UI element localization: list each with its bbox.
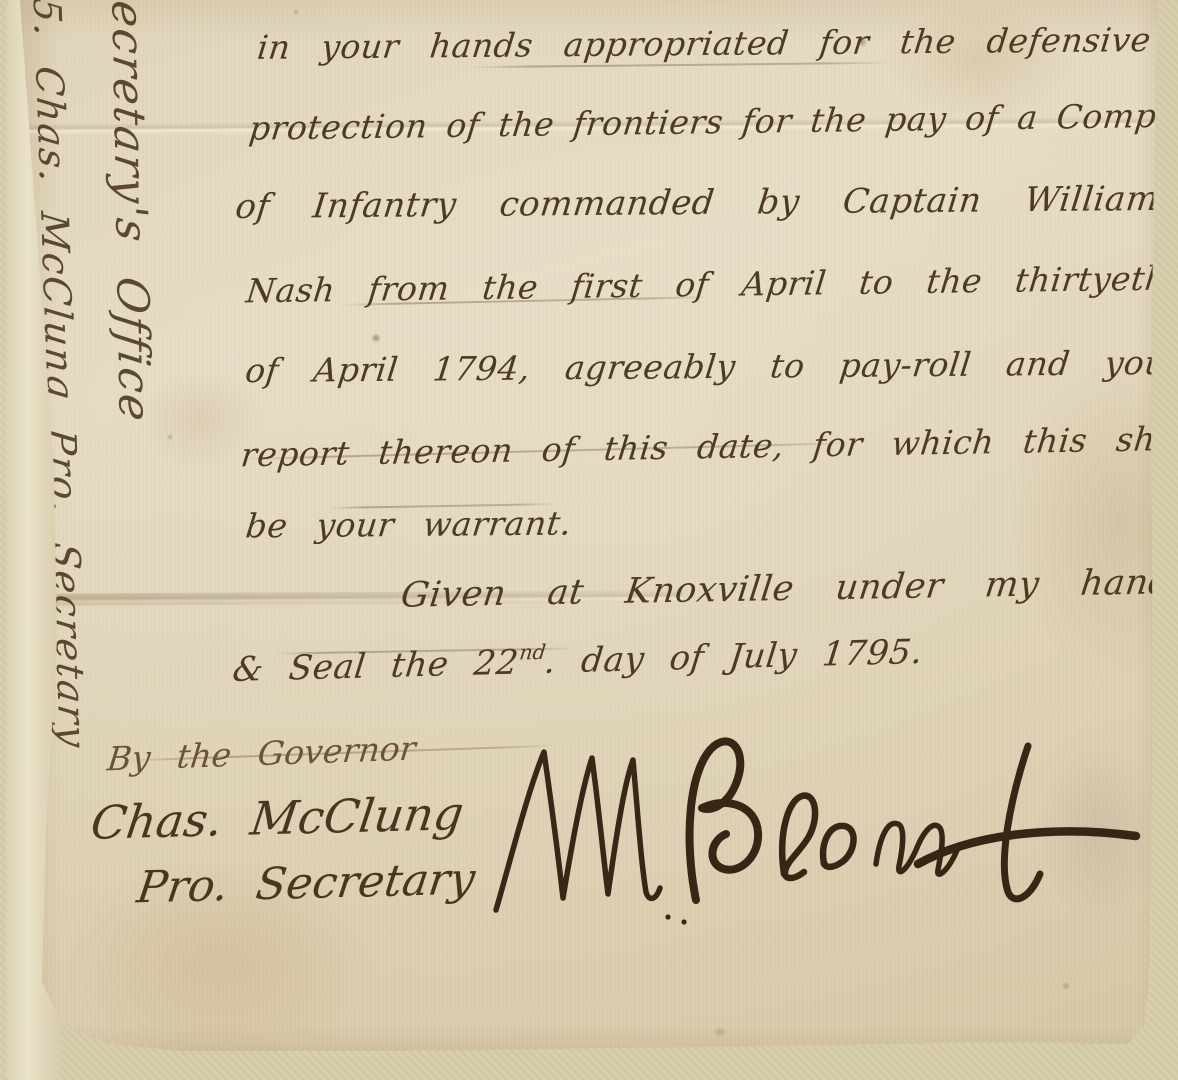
- secretary-signature-title: Pro. Secretary: [134, 856, 478, 913]
- document-photo: the Secretary's Office 1795. Chas. McClu…: [0, 0, 1178, 1080]
- letter-line-7: be your warrant.: [244, 506, 574, 545]
- docket-line-office: the Secretary's Office: [99, 0, 160, 426]
- governor-signature-wm-blount: [488, 712, 1148, 942]
- secretary-signature-name: Chas. McClung: [88, 788, 467, 848]
- dateline-ordinal: nd: [518, 640, 547, 665]
- signature-text: Wm Blount: [0, 0, 1, 1]
- letter-line-5: of April 1794, agreeably to pay-roll and…: [243, 345, 1178, 389]
- manuscript-page: the Secretary's Office 1795. Chas. McClu…: [0, 0, 1178, 1080]
- dateline-prefix: & Seal the 22: [230, 643, 520, 690]
- letter-line-1: in your hands appropriated for the defen…: [255, 22, 1152, 66]
- letter-line-3: of Infantry commanded by Captain William: [233, 181, 1160, 226]
